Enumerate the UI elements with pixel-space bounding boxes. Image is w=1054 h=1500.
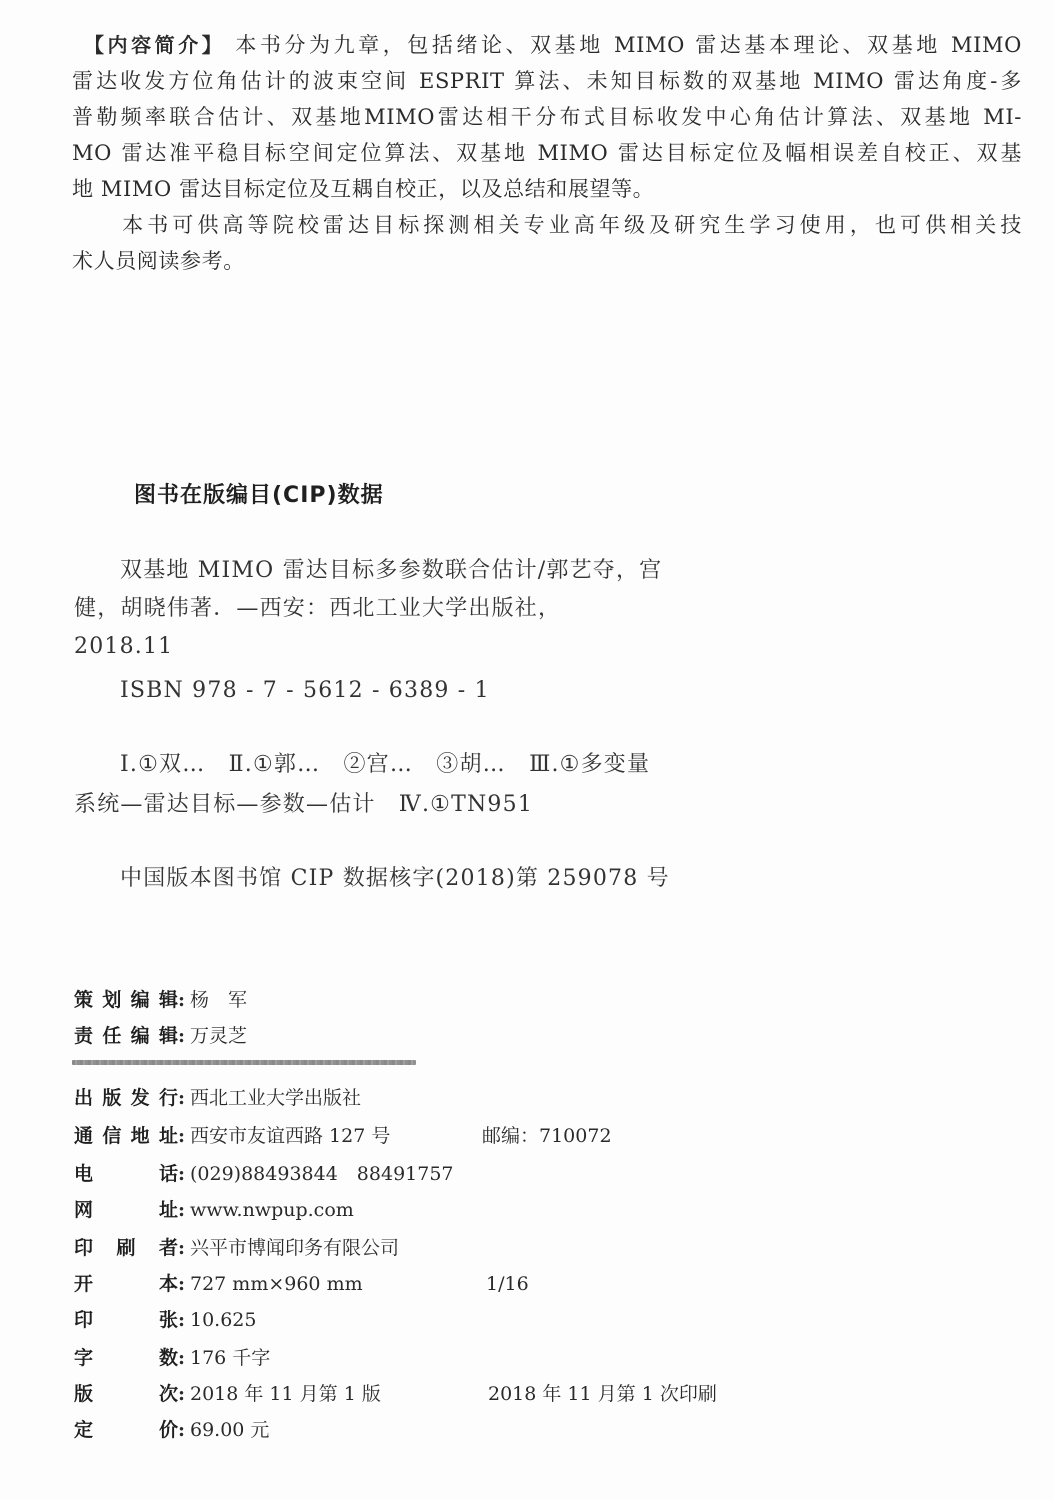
colon: : [178, 1344, 190, 1372]
postcode-value: 邮编：710072 [482, 1122, 612, 1150]
colon: : [178, 1416, 190, 1444]
format-label: 开 本 [74, 1270, 178, 1298]
colon: : [178, 1270, 190, 1298]
summary-line-1: 【内容简介】本书分为九章，包括绪论、双基地 MIMO 雷达基本理论、双基地 MI… [84, 30, 1022, 60]
edition-value: 2018 年 11 月第 1 版 [190, 1380, 381, 1408]
format-value: 727 mm×960 mm [190, 1270, 363, 1298]
printer-value: 兴平市博闻印务有限公司 [190, 1234, 399, 1262]
cip-record-number: 中国版本图书馆 CIP 数据核字(2018)第 259078 号 [120, 864, 670, 894]
cip-classification-line-1: Ⅰ.①双… Ⅱ.①郭… ②宫… ③胡… Ⅲ.①多变量 [120, 750, 650, 780]
colon: : [178, 1234, 190, 1262]
colophon-publisher: 出版发行:西北工业大学出版社 [74, 1084, 361, 1112]
printer-label: 印 刷 者 [74, 1234, 178, 1262]
publisher-label: 出版发行 [74, 1084, 178, 1112]
word-count-value: 176 千字 [190, 1344, 270, 1372]
website-link[interactable]: www.nwpup.com [190, 1196, 354, 1224]
colophon-edition: 版 次:2018 年 11 月第 1 版 2018 年 11 月第 1 次印刷 [74, 1380, 381, 1408]
summary-text: 本书分为九章，包括绪论、双基地 MIMO 雷达基本理论、双基地 MIMO [235, 33, 1022, 57]
colophon-word-count: 字 数:176 千字 [74, 1344, 270, 1372]
separator-rule [72, 1060, 416, 1065]
address-label: 通信地址 [74, 1122, 178, 1150]
colophon-price: 定 价:69.00 元 [74, 1416, 269, 1444]
colon: : [178, 1122, 190, 1150]
phone-value: (029)88493844 88491757 [190, 1160, 454, 1188]
price-label: 定 价 [74, 1416, 178, 1444]
address-value: 西安市友谊西路 127 号 [190, 1122, 390, 1150]
cip-entry-line-2: 健，胡晓伟著．—西安：西北工业大学出版社， [74, 594, 561, 624]
summary-line-5: 地 MIMO 雷达目标定位及互耦自校正，以及总结和展望等。 [72, 174, 1022, 204]
editor-planning-value: 杨 军 [190, 986, 247, 1014]
summary-paragraph2-line-2: 术人员阅读参考。 [72, 246, 1022, 276]
summary-paragraph2-line-1: 本书可供高等院校雷达目标探测相关专业高年级及研究生学习使用，也可供相关技 [72, 210, 1022, 240]
colon: : [178, 1306, 190, 1334]
cip-entry-line-1: 双基地 MIMO 雷达目标多参数联合估计/郭艺夺，宫 [120, 556, 662, 586]
colophon-phone: 电 话:(029)88493844 88491757 [74, 1160, 454, 1188]
colophon-printer: 印 刷 者:兴平市博闻印务有限公司 [74, 1234, 399, 1262]
colon: : [178, 1084, 190, 1112]
publisher-value: 西北工业大学出版社 [190, 1084, 361, 1112]
word-count-label: 字 数 [74, 1344, 178, 1372]
colon: : [178, 1196, 190, 1224]
editor-planning-label: 策划编辑 [74, 986, 178, 1014]
phone-label: 电 话 [74, 1160, 178, 1188]
cip-title: 图书在版编目(CIP)数据 [134, 478, 384, 509]
sheets-label: 印 张 [74, 1306, 178, 1334]
cip-entry-date: 2018.11 [74, 632, 173, 662]
editor-responsible-label: 责任编辑 [74, 1022, 178, 1050]
editor-planning: 策划编辑:杨 军 [74, 986, 247, 1014]
summary-line-3: 普勒频率联合估计、双基地MIMO雷达相干分布式目标收发中心角估计算法、双基地 M… [72, 102, 1022, 132]
summary-line-2: 雷达收发方位角估计的波束空间 ESPRIT 算法、未知目标数的双基地 MIMO … [72, 66, 1022, 96]
colophon-sheets: 印 张:10.625 [74, 1306, 256, 1334]
editor-responsible: 责任编辑:万灵芝 [74, 1022, 247, 1050]
summary-label: 【内容简介】 [84, 33, 225, 57]
website-label: 网 址 [74, 1196, 178, 1224]
cip-classification-line-2: 系统—雷达目标—参数—估计 Ⅳ.①TN951 [74, 790, 533, 820]
summary-line-4: MO 雷达准平稳目标空间定位算法、双基地 MIMO 雷达目标定位及幅相误差自校正… [72, 138, 1022, 168]
format-fold-value: 1/16 [486, 1270, 529, 1298]
colophon-address: 通信地址:西安市友谊西路 127 号 邮编：710072 [74, 1122, 390, 1150]
colophon-website: 网 址:www.nwpup.com [74, 1196, 354, 1224]
colon: : [178, 1380, 190, 1408]
colon: : [178, 1160, 190, 1188]
copyright-page: 【内容简介】本书分为九章，包括绪论、双基地 MIMO 雷达基本理论、双基地 MI… [0, 0, 1054, 1500]
printing-value: 2018 年 11 月第 1 次印刷 [488, 1380, 717, 1408]
edition-label: 版 次 [74, 1380, 178, 1408]
colon: : [178, 1022, 190, 1050]
price-value: 69.00 元 [190, 1416, 269, 1444]
colon: : [178, 986, 190, 1014]
sheets-value: 10.625 [190, 1306, 256, 1334]
cip-isbn: ISBN 978 - 7 - 5612 - 6389 - 1 [120, 676, 490, 706]
editor-responsible-value: 万灵芝 [190, 1022, 247, 1050]
colophon-format: 开 本:727 mm×960 mm 1/16 [74, 1270, 363, 1298]
